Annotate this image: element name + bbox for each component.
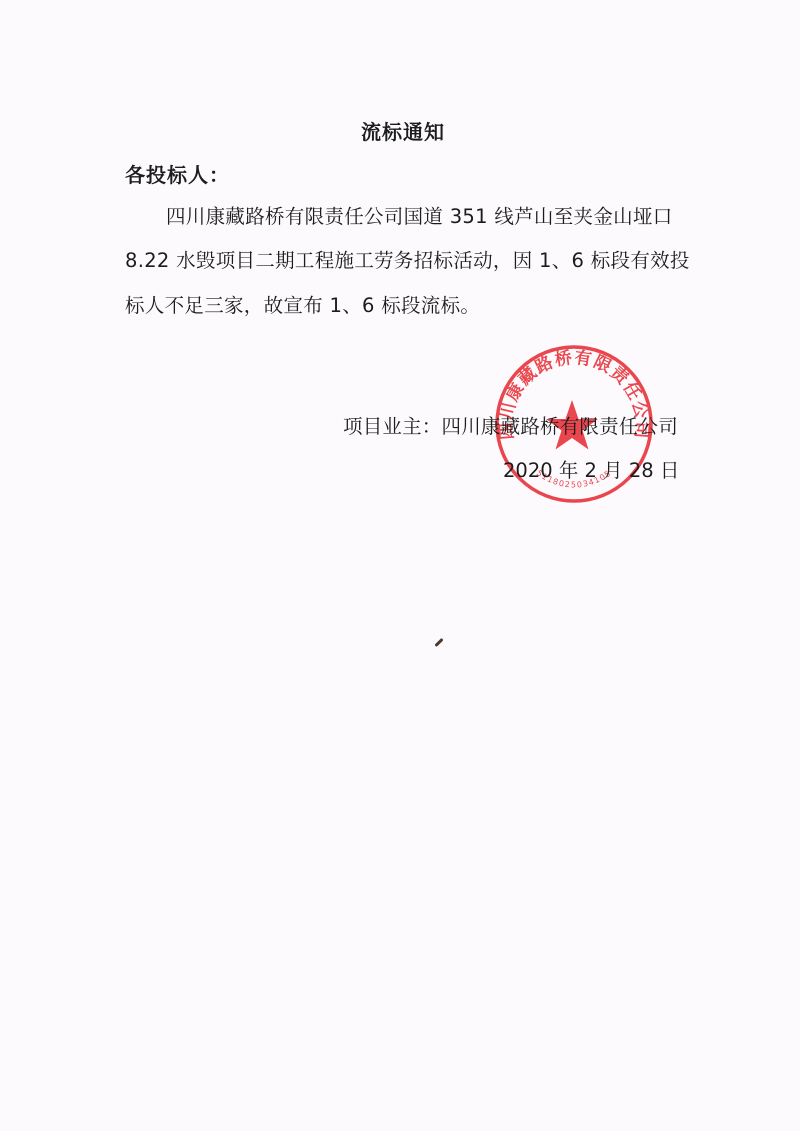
salutation: 各投标人： bbox=[125, 159, 230, 188]
body-paragraph-line-2: 8.22 水毁项目二期工程施工劳务招标活动，因 1、6 标段有效投 bbox=[125, 245, 690, 273]
body-paragraph-line-1: 四川康藏路桥有限责任公司国道 351 线芦山至夹金山垭口 bbox=[166, 201, 673, 229]
pen-mark bbox=[434, 638, 443, 647]
signature-company: 四川康藏路桥有限责任公司 bbox=[442, 415, 678, 438]
body-paragraph-line-3: 标人不足三家，故宣布 1、6 标段流标。 bbox=[125, 290, 480, 318]
document-page: 流标通知 各投标人： 四川康藏路桥有限责任公司国道 351 线芦山至夹金山垭口 … bbox=[0, 0, 800, 1131]
signature-line: 项目业主：四川康藏路桥有限责任公司 bbox=[343, 411, 678, 439]
signature-label: 项目业主： bbox=[343, 415, 442, 438]
signature-date: 2020 年 2 月 28 日 bbox=[503, 455, 679, 483]
document-title: 流标通知 bbox=[0, 116, 800, 145]
